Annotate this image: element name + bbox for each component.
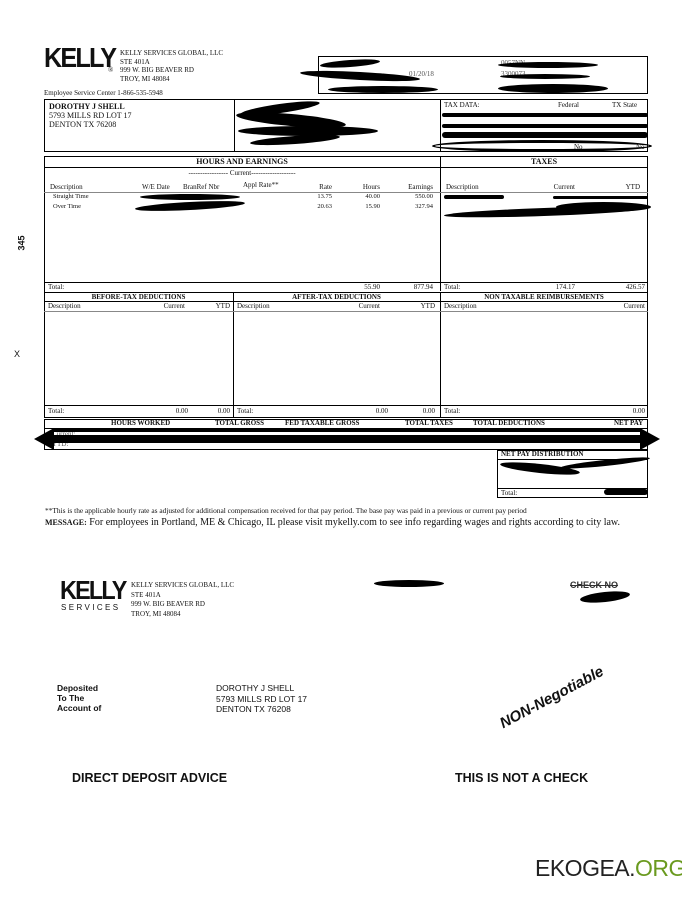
col-branref: BranRef Nbr bbox=[183, 183, 219, 191]
deposited-label: Deposited To The Account of bbox=[57, 683, 101, 713]
exempt-state: No bbox=[636, 143, 645, 151]
employee-address2: DENTON TX 76208 bbox=[49, 120, 132, 129]
before-tax-title: BEFORE-TAX DEDUCTIONS bbox=[44, 293, 233, 301]
tax-data-title: TAX DATA: bbox=[444, 101, 480, 109]
tax-total-current: 174.17 bbox=[540, 283, 575, 291]
service-center: Employee Service Center 1-866-535-5948 bbox=[44, 89, 163, 97]
kelly-logo-sub: SERVICES bbox=[61, 603, 121, 612]
watermark-part2: ORG bbox=[635, 855, 682, 881]
nt-total-current: 0.00 bbox=[600, 407, 645, 415]
redaction bbox=[500, 74, 590, 79]
check-no-label: CHECK NO bbox=[570, 580, 618, 590]
hours-earnings-title: HOURS AND EARNINGS bbox=[44, 157, 440, 166]
redaction bbox=[328, 86, 438, 93]
redaction bbox=[442, 132, 648, 138]
at-col-ytd: YTD bbox=[400, 302, 435, 310]
company-address1: STE 401A bbox=[120, 58, 223, 67]
redaction bbox=[604, 489, 648, 495]
advice-company-block: KELLY SERVICES GLOBAL, LLC STE 401A 999 … bbox=[131, 581, 234, 619]
redaction bbox=[444, 195, 504, 199]
row-description: Over Time bbox=[53, 203, 81, 210]
kelly-logo-advice: KELLY bbox=[60, 577, 126, 603]
redaction bbox=[442, 124, 648, 128]
margin-x-mark: X bbox=[14, 349, 20, 359]
redaction bbox=[580, 589, 631, 604]
watermark-part1: EKOGEA. bbox=[535, 855, 635, 881]
payee-block: DOROTHY J SHELL 5793 MILLS RD LOT 17 DEN… bbox=[216, 683, 307, 715]
row-rate: 13.75 bbox=[300, 193, 332, 200]
bt-total-current: 0.00 bbox=[150, 407, 188, 415]
at-col-current: Current bbox=[345, 302, 380, 310]
bt-total-label: Total: bbox=[48, 407, 64, 415]
npd-title: NET PAY DISTRIBUTION bbox=[501, 450, 583, 458]
redaction bbox=[553, 196, 648, 199]
redaction bbox=[140, 194, 240, 200]
row-description: Straight Time bbox=[53, 193, 89, 200]
row-earnings: 327.94 bbox=[395, 203, 433, 210]
redaction-arrows bbox=[34, 426, 660, 452]
at-total-current: 0.00 bbox=[350, 407, 388, 415]
he-total-hours: 55.90 bbox=[345, 283, 380, 291]
exempt-federal: No bbox=[574, 143, 583, 151]
tax-col-federal: Federal bbox=[558, 101, 579, 109]
col-appl-rate: Appl Rate** bbox=[243, 181, 279, 189]
advice-company-name: KELLY SERVICES GLOBAL, LLC bbox=[131, 581, 234, 591]
employee-block: DOROTHY J SHELL 5793 MILLS RD LOT 17 DEN… bbox=[49, 102, 132, 129]
row-hours: 40.00 bbox=[345, 193, 380, 200]
col-earnings: Earnings bbox=[395, 183, 433, 191]
at-total-ytd: 0.00 bbox=[400, 407, 435, 415]
kelly-logo: KELLY bbox=[44, 44, 115, 72]
watermark: EKOGEA.ORG bbox=[535, 855, 682, 882]
he-total-earnings: 877.94 bbox=[395, 283, 433, 291]
redaction bbox=[374, 580, 444, 587]
non-taxable-title: NON TAXABLE REIMBURSEMENTS bbox=[440, 293, 648, 301]
tax-col-current: Current bbox=[540, 183, 575, 191]
at-total-label: Total: bbox=[237, 407, 253, 415]
company-address-block: KELLY SERVICES GLOBAL, LLC STE 401A 999 … bbox=[120, 49, 223, 83]
company-address2: 999 W. BIG BEAVER RD bbox=[120, 66, 223, 75]
payee-address2: DENTON TX 76208 bbox=[216, 704, 307, 715]
he-total-label: Total: bbox=[48, 283, 64, 291]
tax-total-label: Total: bbox=[444, 283, 460, 291]
redaction-ellipse bbox=[432, 140, 652, 152]
redaction bbox=[442, 113, 648, 117]
nt-col-description: Description bbox=[444, 302, 477, 310]
advice-company-address1: STE 401A bbox=[131, 591, 234, 601]
row-earnings: 550.00 bbox=[395, 193, 433, 200]
current-label: ----------------- Current---------------… bbox=[44, 169, 440, 177]
bt-col-description: Description bbox=[48, 302, 81, 310]
at-col-description: Description bbox=[237, 302, 270, 310]
payee-name: DOROTHY J SHELL bbox=[216, 683, 307, 694]
margin-number: 345 bbox=[17, 235, 27, 250]
message: MESSAGE: For employees in Portland, ME &… bbox=[45, 517, 625, 528]
direct-deposit-title: DIRECT DEPOSIT ADVICE bbox=[72, 771, 227, 785]
after-tax-title: AFTER-TAX DEDUCTIONS bbox=[233, 293, 440, 301]
taxes-title: TAXES bbox=[440, 157, 648, 166]
bt-col-ytd: YTD bbox=[196, 302, 230, 310]
tax-col-description: Description bbox=[446, 183, 479, 191]
tax-col-ytd: YTD bbox=[605, 183, 640, 191]
advice-company-address3: TROY, MI 48084 bbox=[131, 610, 234, 620]
not-a-check-title: THIS IS NOT A CHECK bbox=[455, 771, 588, 785]
message-label: MESSAGE: bbox=[45, 518, 87, 527]
advice-company-address2: 999 W. BIG BEAVER RD bbox=[131, 600, 234, 610]
nt-col-current: Current bbox=[600, 302, 645, 310]
employee-name: DOROTHY J SHELL bbox=[49, 102, 132, 111]
tax-total-ytd: 426.57 bbox=[605, 283, 645, 291]
col-description: Description bbox=[50, 183, 83, 191]
row-hours: 15.90 bbox=[345, 203, 380, 210]
redaction bbox=[498, 62, 598, 68]
redaction bbox=[498, 84, 608, 93]
nt-total-label: Total: bbox=[444, 407, 460, 415]
message-text: For employees in Portland, ME & Chicago,… bbox=[87, 517, 620, 528]
employee-address1: 5793 MILLS RD LOT 17 bbox=[49, 111, 132, 120]
bt-total-ytd: 0.00 bbox=[196, 407, 230, 415]
col-hours: Hours bbox=[345, 183, 380, 191]
company-name: KELLY SERVICES GLOBAL, LLC bbox=[120, 49, 223, 58]
col-rate: Rate bbox=[300, 183, 332, 191]
registered-mark: ® bbox=[108, 66, 113, 74]
tax-col-state: TX State bbox=[612, 101, 637, 109]
footnote: **This is the applicable hourly rate as … bbox=[45, 506, 655, 515]
npd-total-label: Total: bbox=[501, 489, 517, 497]
col-we-date: W/E Date bbox=[142, 183, 170, 191]
non-negotiable-stamp: NON-Negotiable bbox=[497, 663, 607, 732]
row-rate: 20.63 bbox=[300, 203, 332, 210]
bt-col-current: Current bbox=[150, 302, 185, 310]
payee-address1: 5793 MILLS RD LOT 17 bbox=[216, 694, 307, 705]
company-address3: TROY, MI 48084 bbox=[120, 75, 223, 84]
